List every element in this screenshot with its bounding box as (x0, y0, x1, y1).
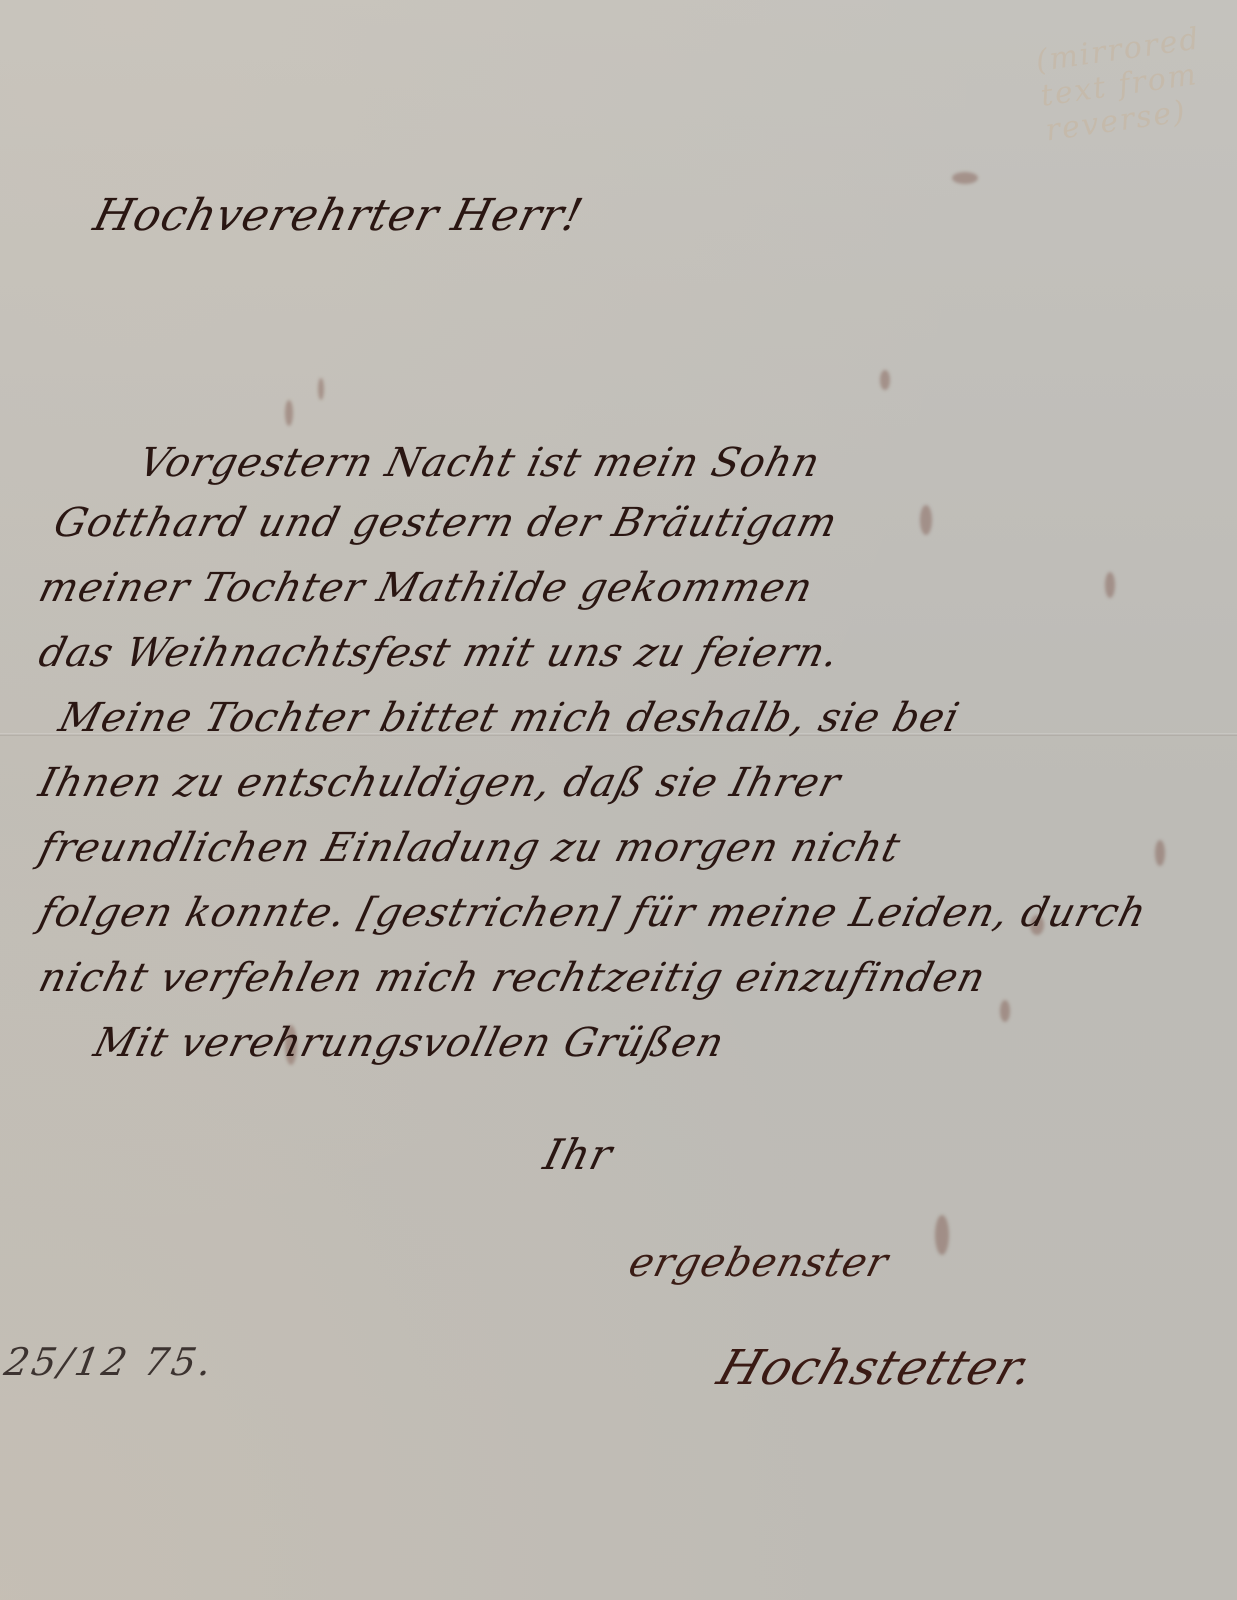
ink-stain (1105, 572, 1115, 598)
body-line: freundlichen Einladung zu morgen nicht (34, 825, 905, 871)
signature: Hochstetter. (711, 1340, 1042, 1396)
ink-stain (920, 505, 932, 535)
closing-greeting: Mit verehrungsvollen Grüßen (89, 1020, 729, 1066)
body-line: Ihnen zu entschuldigen, daß sie Ihrer (34, 760, 845, 806)
closing-ihr: Ihr (539, 1130, 618, 1179)
ink-stain (318, 378, 324, 400)
body-line: Vorgestern Nacht ist mein Sohn (134, 440, 825, 486)
ink-stain (880, 370, 890, 390)
bleedthrough-text: (mirrored text from reverse) (1034, 17, 1237, 149)
ink-stain (1155, 840, 1165, 866)
closing-ergebenster: ergebenster (624, 1240, 893, 1286)
ink-stain (285, 400, 293, 426)
body-line: folgen konnte. [gestrichen] für meine Le… (34, 890, 1151, 936)
body-line: nicht verfehlen mich rechtzeitig einzufi… (34, 955, 990, 1001)
body-line: meiner Tochter Mathilde gekommen (34, 565, 818, 611)
body-line: Gotthard und gestern der Bräutigam (49, 500, 842, 546)
ink-stain (1000, 1000, 1010, 1022)
body-line: Meine Tochter bittet mich deshalb, sie b… (54, 695, 964, 741)
ink-stain (952, 172, 978, 184)
body-line: das Weihnachtsfest mit uns zu feiern. (34, 630, 844, 676)
ink-stain (935, 1215, 949, 1255)
salutation: Hochverehrter Herr! (89, 190, 589, 241)
date-annotation: 25/12 75. (1, 1340, 218, 1384)
